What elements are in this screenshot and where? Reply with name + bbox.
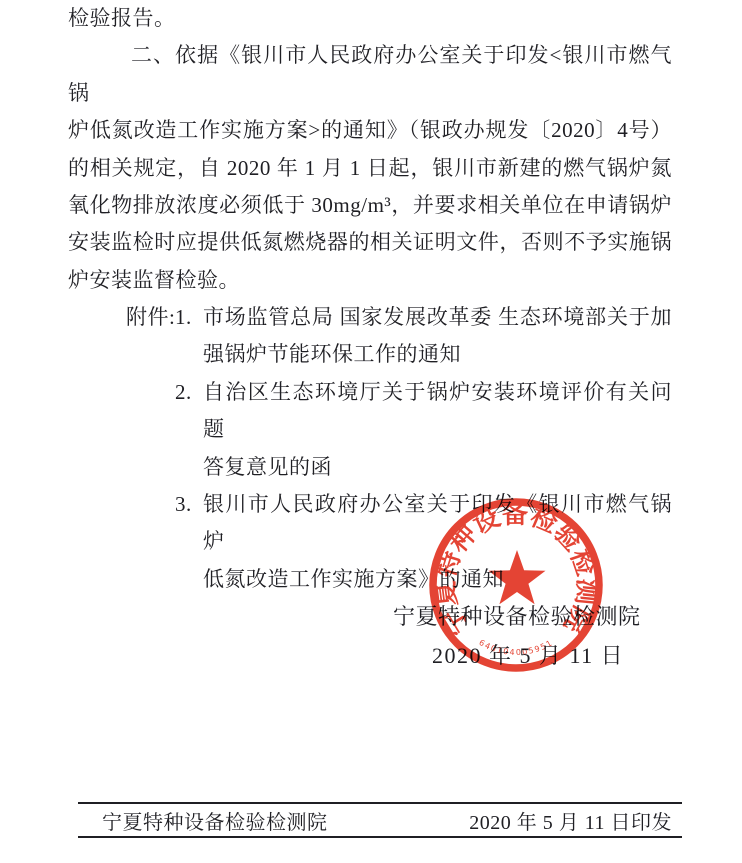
attachment-text: 银川市人民政府办公室关于印发《银川市燃气锅炉 <box>203 486 672 561</box>
footer-date: 2020 年 5 月 11 日印发 <box>469 806 672 835</box>
body-line-7: 炉安装监督检验。 <box>68 262 672 299</box>
footer: 宁夏特种设备检验检测院 2020 年 5 月 11 日印发 <box>78 802 682 838</box>
signature-org: 宁夏特种设备检验检测院 <box>393 600 641 631</box>
body-line-4: 的相关规定，自 2020 年 1 月 1 日起，银川市新建的燃气锅炉氮 <box>68 150 672 187</box>
attachment-text: 答复意见的函 <box>203 449 672 486</box>
body-paragraph: 检验报告。 二、依据《银川市人民政府办公室关于印发<银川市燃气锅 炉低氮改造工作… <box>68 0 672 299</box>
attachment-number: 2. <box>175 374 192 411</box>
signature-date: 2020 年 5 月 11 日 <box>432 639 624 670</box>
body-line-6: 安装监检时应提供低氮燃烧器的相关证明文件，否则不予实施锅 <box>68 224 672 261</box>
body-line-1: 检验报告。 <box>68 0 672 37</box>
attachment-text: 强锅炉节能环保工作的通知 <box>203 336 672 373</box>
attachment-text: 低氮改造工作实施方案》的通知 <box>203 561 672 598</box>
body-line-3: 炉低氮改造工作实施方案>的通知》（银政办规发〔2020〕4号） <box>68 112 672 149</box>
attachments-label: 附件: <box>126 299 175 336</box>
body-line-2: 二、依据《银川市人民政府办公室关于印发<银川市燃气锅 <box>68 37 672 112</box>
attachment-number: 3. <box>175 486 192 523</box>
attachment-text: 自治区生态环境厅关于锅炉安装环境评价有关问题 <box>203 374 672 449</box>
attachments-block: 附件: 1. 市场监管总局 国家发展改革委 生态环境部关于加 强锅炉节能环保工作… <box>68 299 672 598</box>
footer-org: 宁夏特种设备检验检测院 <box>102 806 328 835</box>
document-page: 检验报告。 二、依据《银川市人民政府办公室关于印发<银川市燃气锅 炉低氮改造工作… <box>0 0 742 863</box>
attachment-item-2: 2. 自治区生态环境厅关于锅炉安装环境评价有关问题 答复意见的函 <box>68 374 672 486</box>
attachment-number: 1. <box>175 299 192 336</box>
body-line-5: 氧化物排放浓度必须低于 30mg/m³，并要求相关单位在申请锅炉 <box>68 187 672 224</box>
attachment-item-3: 3. 银川市人民政府办公室关于印发《银川市燃气锅炉 低氮改造工作实施方案》的通知 <box>68 486 672 598</box>
attachment-text: 市场监管总局 国家发展改革委 生态环境部关于加 <box>203 299 672 336</box>
attachment-item-1: 附件: 1. 市场监管总局 国家发展改革委 生态环境部关于加 强锅炉节能环保工作… <box>68 299 672 374</box>
